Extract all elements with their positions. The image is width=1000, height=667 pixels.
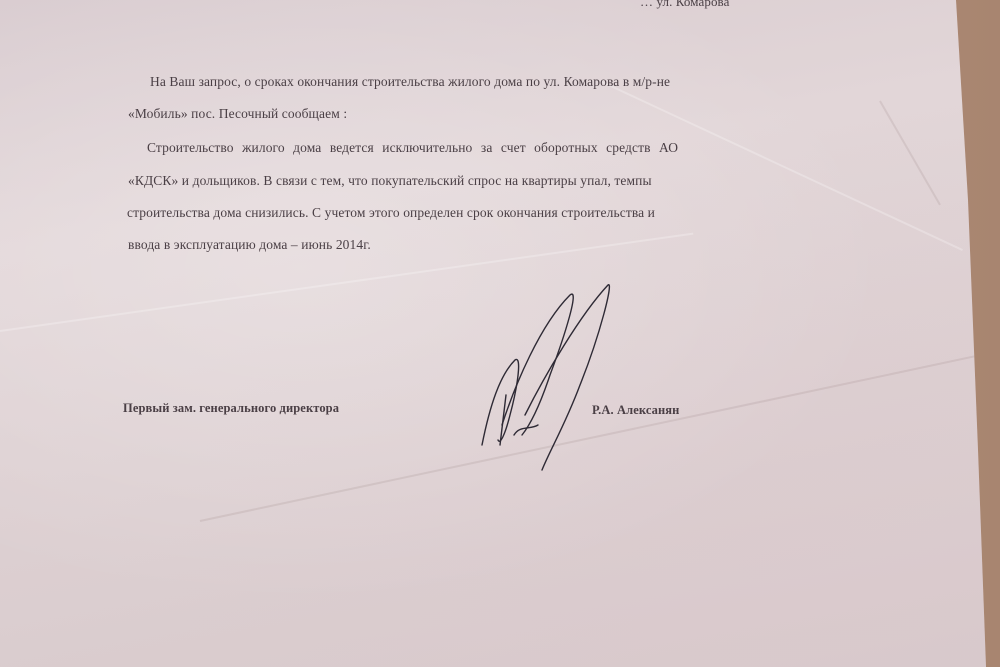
paper-crease xyxy=(879,101,941,206)
paragraph-2-line-1: Строительство жилого дома ведется исключ… xyxy=(147,140,678,156)
signatory-title: Первый зам. генерального директора xyxy=(123,401,339,416)
paragraph-2-line-4: ввода в эксплуатацию дома – июнь 2014г. xyxy=(128,237,371,253)
paragraph-1-line-1: На Ваш запрос, о сроках окончания строит… xyxy=(150,74,670,90)
paragraph-1-line-2: «Мобиль» пос. Песочный сообщаем : xyxy=(128,106,347,122)
letter-paper: … ул. Комарова На Ваш запрос, о сроках о… xyxy=(0,0,1000,667)
signatory-name: Р.А. Алексанян xyxy=(592,403,679,418)
paragraph-2-line-3: строительства дома снизились. С учетом э… xyxy=(127,205,655,221)
paragraph-2-line-2: «КДСК» и дольщиков. В связи с тем, что п… xyxy=(128,173,652,189)
signature-icon xyxy=(470,275,620,475)
header-fragment: … ул. Комарова xyxy=(640,0,730,10)
paper-crease xyxy=(600,80,963,251)
